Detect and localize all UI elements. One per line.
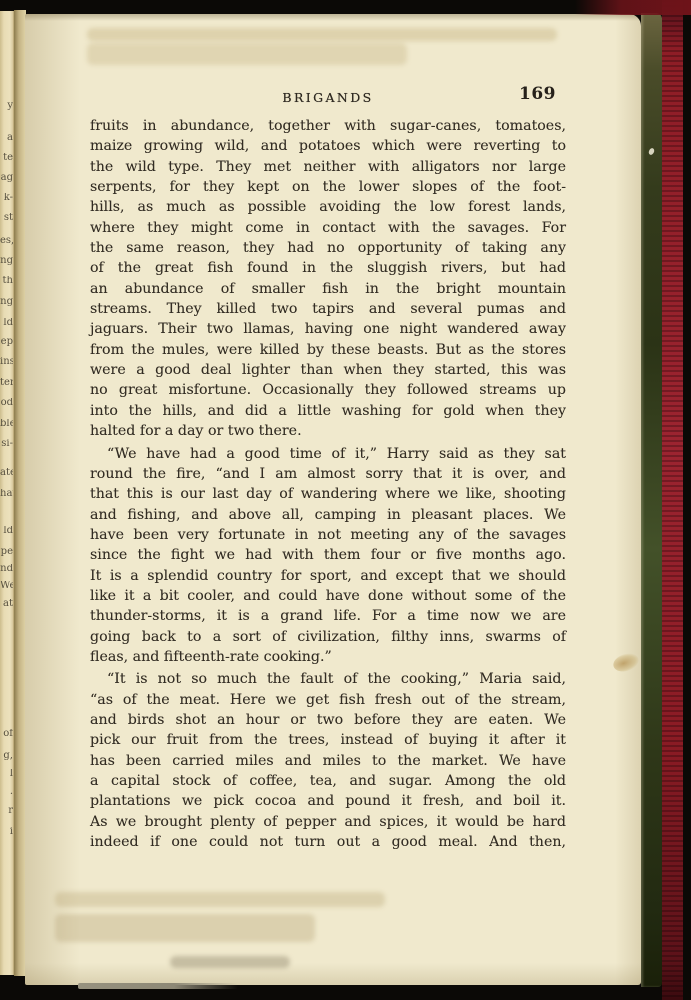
- text-line: fleas, and fifteenth-rate cooking.”: [90, 647, 566, 667]
- facing-page-fragment: y: [0, 101, 13, 111]
- paragraph: “It is not so much the fault of the cook…: [90, 669, 566, 852]
- text-line: into the hills, and did a little washing…: [90, 401, 566, 421]
- book-page: BRIGANDS 169 fruits in abundance, togeth…: [25, 14, 641, 985]
- page-fore-edge: [641, 13, 662, 987]
- text-line: As we brought plenty of pepper and spice…: [90, 812, 566, 832]
- facing-page-fragment: ag: [0, 173, 13, 183]
- paper-stain: [611, 650, 641, 674]
- facing-page-fragment: ble: [0, 419, 13, 429]
- paragraph: “We have had a good time of it,” Harry s…: [90, 444, 566, 668]
- facing-page-fragment: ld: [0, 526, 13, 536]
- showthrough-band: [87, 43, 407, 65]
- facing-page-fragment: i: [0, 827, 13, 837]
- text-line: halted for a day or two there.: [90, 421, 566, 441]
- facing-page-fragment: a: [0, 133, 13, 143]
- text-line: a capital stock of coffee, tea, and suga…: [90, 771, 566, 791]
- facing-page-fragment: g,: [0, 751, 13, 761]
- facing-page-fragment: si-: [0, 439, 13, 449]
- text-line: fruits in abundance, together with sugar…: [90, 116, 566, 136]
- showthrough-band: [170, 956, 290, 968]
- text-body: fruits in abundance, together with sugar…: [90, 116, 566, 854]
- text-line: jaguars. Their two llamas, having one ni…: [90, 319, 566, 339]
- text-line: serpents, for they kept on the lower slo…: [90, 177, 566, 197]
- facing-page-fragment: ng: [0, 297, 13, 307]
- facing-page-fragment: te: [0, 153, 13, 163]
- text-line: going back to a sort of civilization, fi…: [90, 627, 566, 647]
- book-cover-cloth: [662, 0, 683, 1000]
- page-number: 169: [519, 84, 556, 104]
- text-line: from the mules, were killed by these bea…: [90, 340, 566, 360]
- facing-page-fragment: at: [0, 599, 13, 609]
- text-line: no great misfortune. Occasionally they f…: [90, 380, 566, 400]
- text-line: like it a bit cooler, and could have don…: [90, 586, 566, 606]
- text-line: and birds shot an hour or two before the…: [90, 710, 566, 730]
- text-line: thunder-storms, it is a grand life. For …: [90, 606, 566, 626]
- text-line: plantations we pick cocoa and pound it f…: [90, 791, 566, 811]
- book-scan-scene: yateagk-stes,ngthngldepinsterodblesi-ate…: [0, 0, 691, 1000]
- facing-page-fragment: od: [0, 398, 13, 408]
- text-line: round the fire, “and I am almost sorry t…: [90, 464, 566, 484]
- text-line: since the fight we had with them four or…: [90, 545, 566, 565]
- facing-page-fragment: th: [0, 276, 13, 286]
- facing-page-fragment: k-: [0, 193, 13, 203]
- text-line: the same reason, they had no opportunity…: [90, 238, 566, 258]
- text-line: the wild type. They met neither with all…: [90, 157, 566, 177]
- facing-page-fragment: nd: [0, 564, 13, 574]
- facing-page-fragment: l: [0, 769, 13, 779]
- showthrough-band: [55, 914, 315, 942]
- text-line: of the great fish found in the sluggish …: [90, 258, 566, 278]
- running-title: BRIGANDS: [90, 86, 566, 105]
- facing-page-fragment: of: [0, 729, 13, 739]
- text-line: that this is our last day of wandering w…: [90, 484, 566, 504]
- text-line: have been very fortunate in not meeting …: [90, 525, 566, 545]
- facing-page-fragment: r: [0, 806, 13, 816]
- facing-page-fragment: st: [0, 213, 13, 223]
- text-line: “We have had a good time of it,” Harry s…: [90, 444, 566, 464]
- text-line: “It is not so much the fault of the cook…: [90, 669, 566, 689]
- text-line: indeed if one could not turn out a good …: [90, 832, 566, 852]
- text-line: an abundance of smaller fish in the brig…: [90, 279, 566, 299]
- showthrough-band: [87, 28, 557, 41]
- paragraph: fruits in abundance, together with sugar…: [90, 116, 566, 442]
- facing-page-fragment: ter: [0, 378, 13, 388]
- facing-page-strip: yateagk-stes,ngthngldepinsterodblesi-ate…: [0, 11, 14, 975]
- text-line: where they might come in contact with th…: [90, 218, 566, 238]
- text-line: streams. They killed two tapirs and seve…: [90, 299, 566, 319]
- text-line: “as of the meat. Here we get fish fresh …: [90, 690, 566, 710]
- facing-page-fragment: ld: [0, 318, 13, 328]
- text-line: hills, as much as possible avoiding the …: [90, 197, 566, 217]
- text-line: and fishing, and above all, camping in p…: [90, 505, 566, 525]
- text-line: has been carried miles and miles to the …: [90, 751, 566, 771]
- text-line: maize growing wild, and potatoes which w…: [90, 136, 566, 156]
- text-line: pick our fruit from the trees, instead o…: [90, 730, 566, 750]
- facing-page-fragment: ate: [0, 468, 13, 478]
- text-line: were a good deal lighter than when they …: [90, 360, 566, 380]
- facing-page-fragment: hat: [0, 489, 13, 499]
- facing-page-fragment: We: [0, 581, 13, 591]
- facing-page-fragment: es,: [0, 236, 13, 246]
- book-cover-top-edge: [575, 0, 691, 15]
- edge-speck: [648, 147, 655, 155]
- bottom-page-edge: [78, 983, 238, 989]
- showthrough-band: [55, 892, 385, 907]
- text-line: It is a splendid country for sport, and …: [90, 566, 566, 586]
- facing-page-fragment: ng: [0, 256, 13, 266]
- running-head: BRIGANDS 169: [90, 86, 566, 108]
- facing-page-fragment: pe: [0, 547, 13, 557]
- facing-page-fragment: ep: [0, 337, 13, 347]
- facing-page-fragment: .: [0, 787, 13, 797]
- facing-page-fragment: ins: [0, 357, 13, 367]
